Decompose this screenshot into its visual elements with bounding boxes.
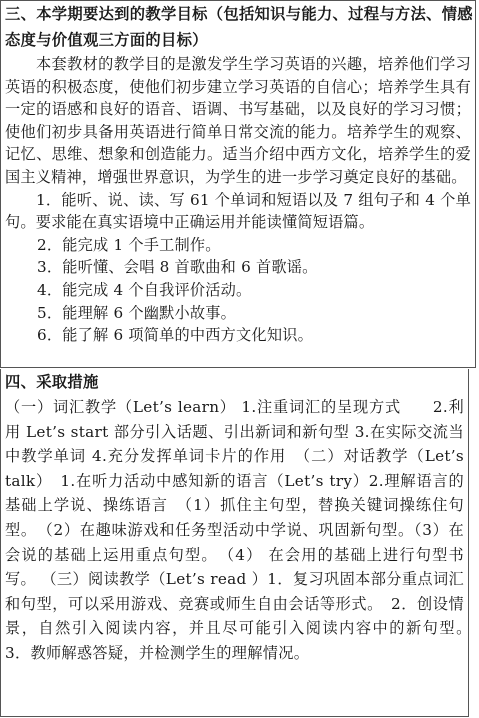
section-heading: 三、本学期要达到的教学目标（包括知识与能力、过程与方法、情感态度与价值观三方面的… [1, 1, 475, 53]
intro-paragraph: 本套教材的教学目的是激发学生学习英语的兴趣，培养他们学习英语的积极态度，使他们初… [1, 53, 475, 189]
section-teaching-goals: 三、本学期要达到的教学目标（包括知识与能力、过程与方法、情感态度与价值观三方面的… [0, 0, 476, 368]
goal-item: 1．能听、说、读、写 61 个单词和短语以及 7 组句子和 4 个单句。要求能在… [1, 189, 475, 234]
section-measures: 四、采取措施 （一）词汇教学（Let’s learn） 1.注重词汇的呈现方式 … [0, 369, 469, 717]
goal-item: 6．能了解 6 项简单的中西方文化知识。 [1, 324, 475, 347]
goal-item: 3．能听懂、会唱 8 首歌曲和 6 首歌谣。 [1, 256, 475, 279]
goal-item: 5．能理解 6 个幽默小故事。 [1, 302, 475, 325]
goal-item: 4．能完成 4 个自我评价活动。 [1, 279, 475, 302]
measures-paragraph: （一）词汇教学（Let’s learn） 1.注重词汇的呈现方式 2.利用 Le… [1, 395, 468, 666]
section-heading: 四、采取措施 [1, 369, 468, 395]
goal-item: 2．能完成 1 个手工制作。 [1, 234, 475, 257]
